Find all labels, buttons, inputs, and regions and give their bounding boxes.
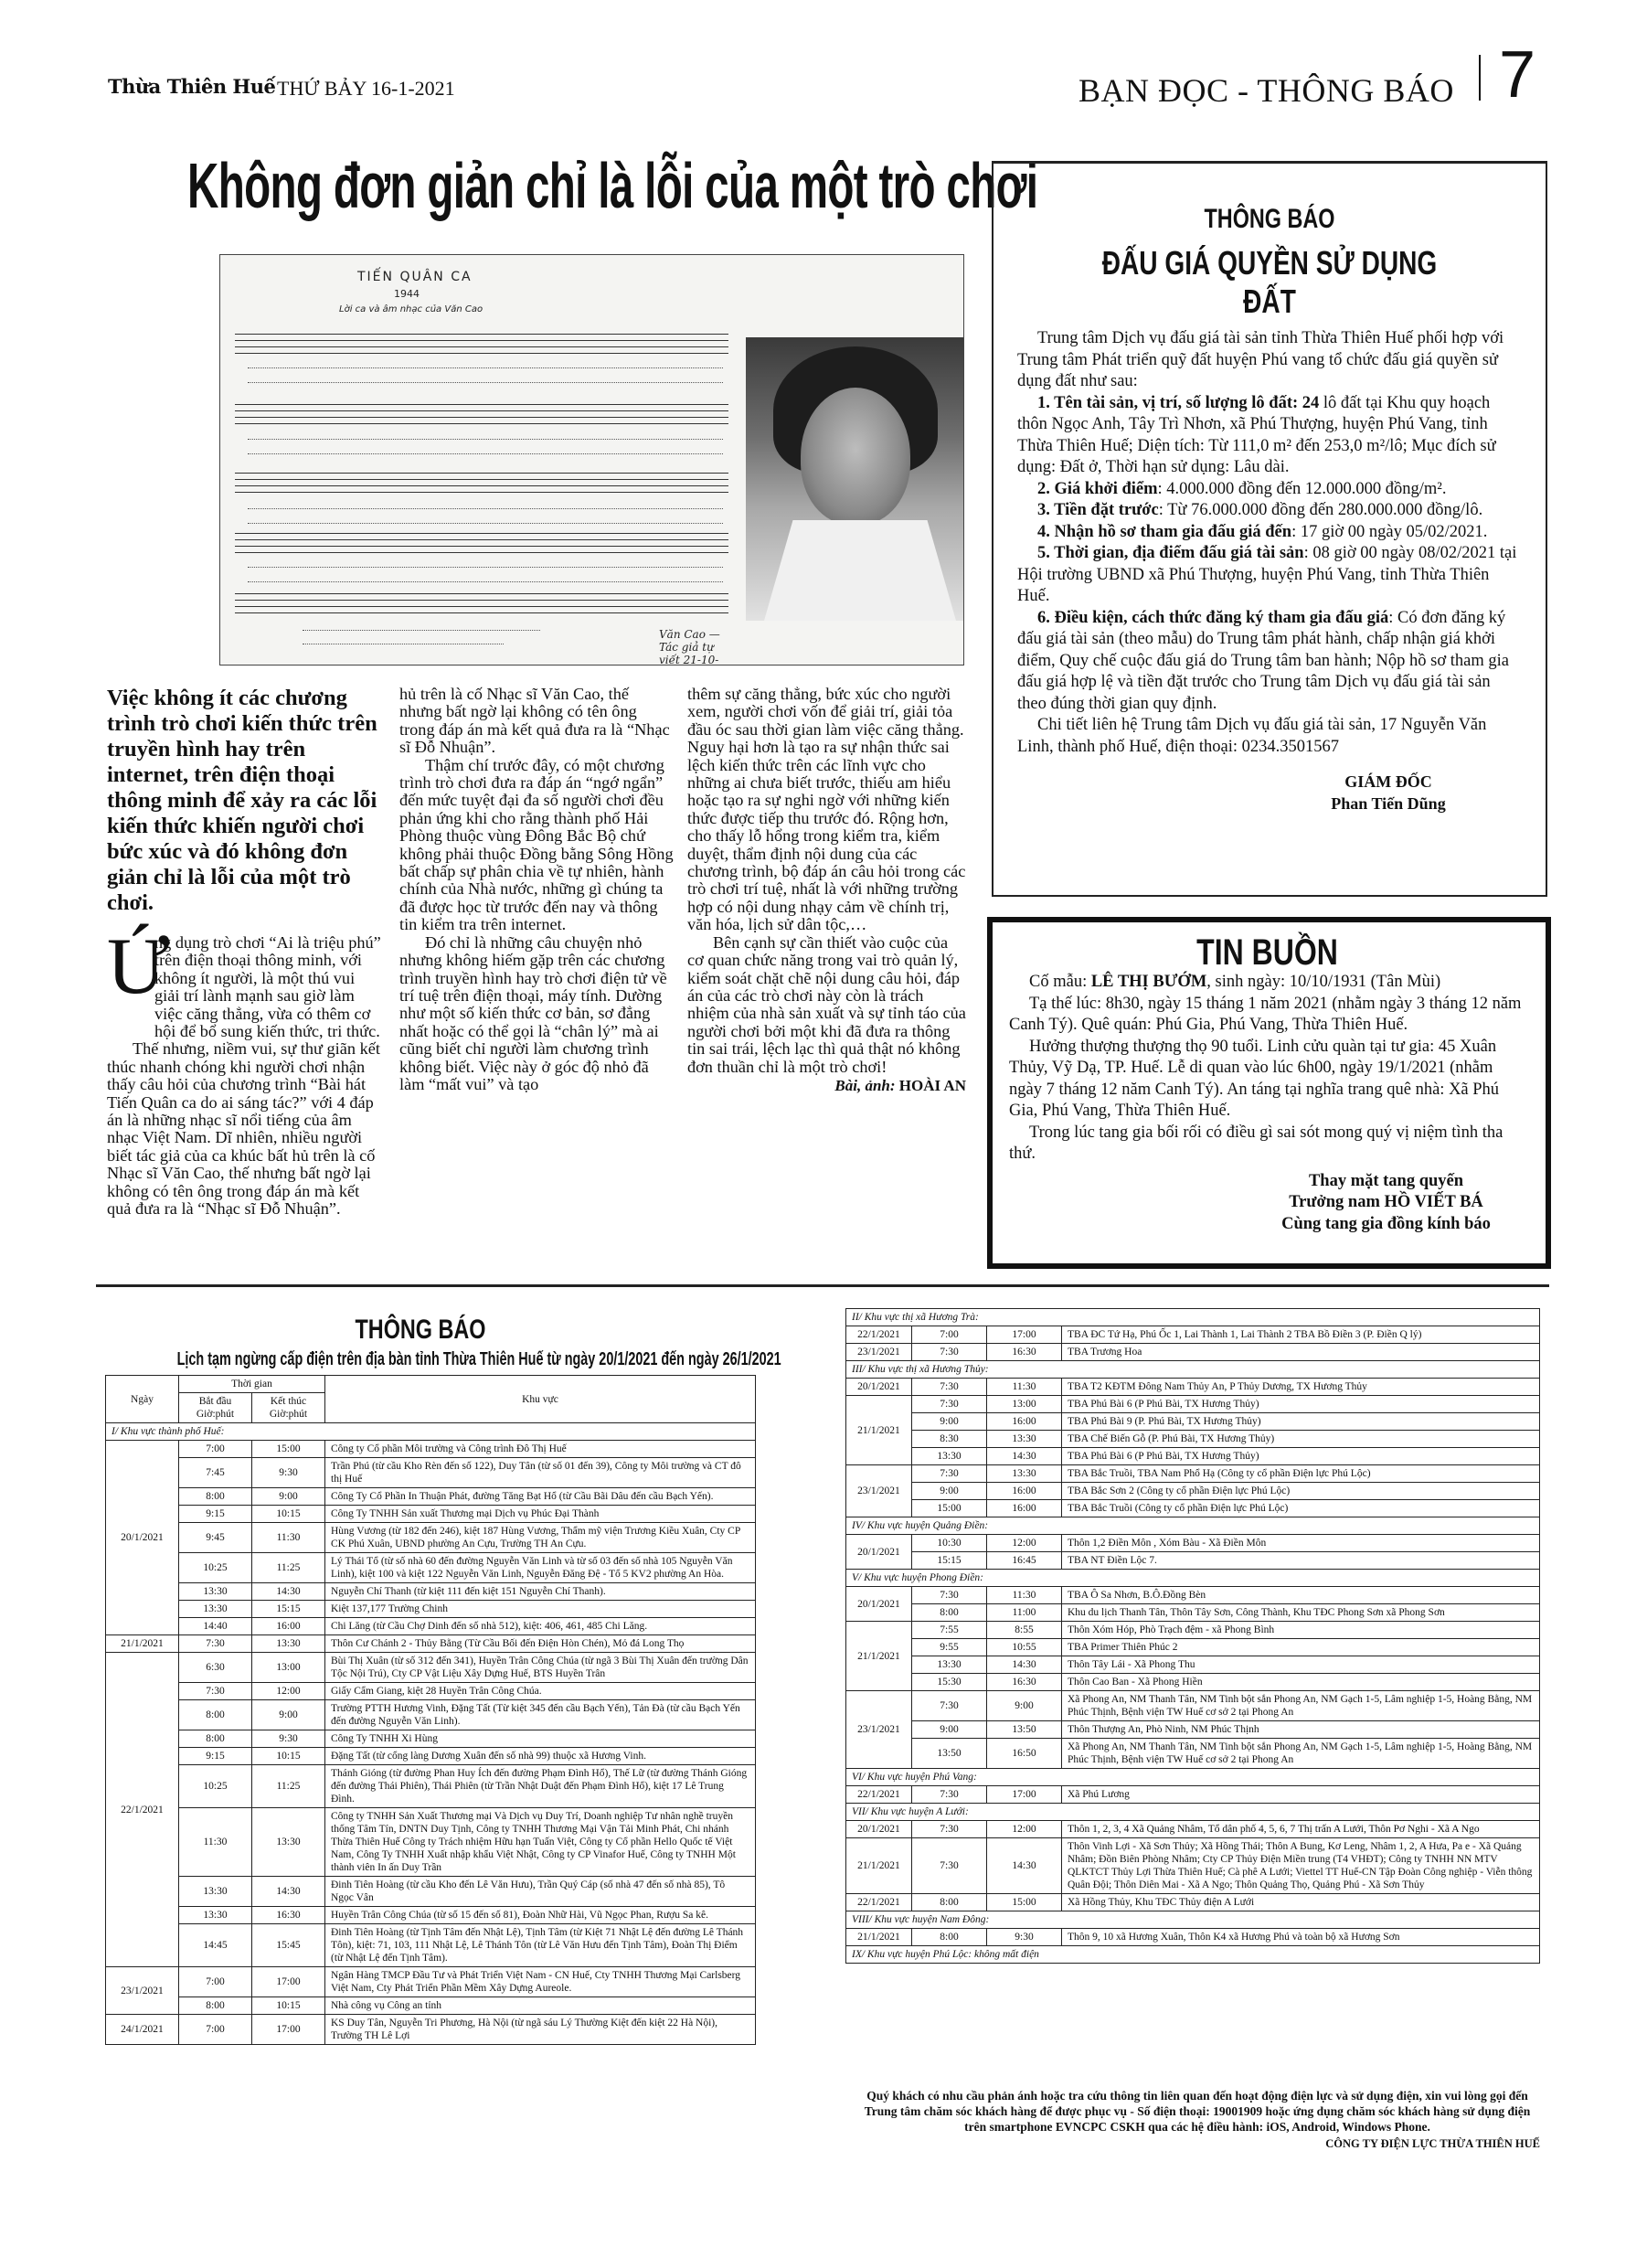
table-row: 15:3016:30Thôn Cao Ban - Xã Phong Hiền [846,1674,1540,1691]
section-row: IX/ Khu vực huyện Phú Lộc: không mất điệ… [846,1946,1540,1964]
area-cell: Công Ty TNHH Sản xuất Thương mại Dịch vụ… [325,1506,756,1523]
lyric-line [303,623,540,631]
dropcap-letter: Ứ [107,934,147,1000]
notice-item: 5. Thời gian, địa điểm đấu giá tài sản: … [1017,543,1522,608]
table-row: 8:0011:00Khu du lịch Thanh Tân, Thôn Tây… [846,1604,1540,1622]
table-row: 8:3013:30TBA Chế Biến Gỗ (P. Phú Bài, TX… [846,1431,1540,1448]
end-time-cell: 11:00 [987,1604,1062,1622]
area-cell: Thôn Tây Lái - Xã Phong Thu [1062,1656,1540,1674]
end-time-cell: 12:00 [252,1683,325,1700]
start-time-cell: 9:00 [912,1483,987,1500]
date-cell: 22/1/2021 [106,1653,179,1967]
area-cell: Trần Phú (từ cầu Kho Rèn đến số 122), Du… [325,1458,756,1488]
area-cell: Công ty TNHH Sản Xuất Thương mại Và Dịch… [325,1808,756,1877]
section-heading: II/ Khu vực thị xã Hương Trà: [846,1309,1540,1326]
composer-portrait [746,337,964,621]
area-cell: Thôn Vinh Lợi - Xã Sơn Thủy; Xã Hồng Thá… [1062,1838,1540,1894]
table-row: 7:459:30Trần Phú (từ cầu Kho Rèn đến số … [106,1458,756,1488]
section-heading: VII/ Khu vực huyện A Lưới: [846,1804,1540,1821]
area-cell: Giấy Cẩm Giang, kiệt 28 Huyền Trân Công … [325,1683,756,1700]
paragraph: Thế nhưng, niềm vui, sự thư giãn kết thú… [107,1040,381,1223]
end-time-cell: 17:00 [987,1786,1062,1804]
obituary-title: TIN BUỒN [1061,935,1474,970]
col-start: Bắt đầu Giờ:phút [179,1393,252,1423]
item-text: : 4.000.000 đồng đến 12.000.000 đồng/m². [1158,480,1447,498]
portrait-shirt [764,520,956,621]
deceased-name: LÊ THỊ BƯỚM [1091,973,1206,991]
table-row: 9:1510:15Công Ty TNHH Sản xuất Thương mạ… [106,1506,756,1523]
paragraph-continued: thêm sự căng thẳng, bức xúc cho người xe… [687,686,966,934]
start-time-cell: 8:00 [179,1700,252,1730]
area-cell: Lý Thái Tổ (từ số nhà 60 đến đường Nguyễ… [325,1553,756,1583]
date-cell: 22/1/2021 [846,1326,912,1344]
date-cell: 20/1/2021 [106,1441,179,1635]
music-staff [235,473,728,493]
table-row: 13:3014:30TBA Phú Bài 6 (P Phú Bài, TX H… [846,1448,1540,1465]
section-heading: III/ Khu vực thị xã Hương Thủy: [846,1361,1540,1379]
table-row: 20/1/20217:0015:00Công ty Cổ phần Môi tr… [106,1441,756,1458]
issue-date: THỨ BẢY 16-1-2021 [277,77,455,101]
start-time-cell: 7:30 [912,1465,987,1483]
sheet-year: 1944 [394,288,420,300]
date-cell: 20/1/2021 [846,1587,912,1622]
col-end: Kết thúc Giờ:phút [252,1393,325,1423]
sign-line: Trưởng nam HỒ VIẾT BÁ [1247,1192,1525,1214]
table-row: 9:0013:50Thôn Thượng An, Phò Ninh, NM Ph… [846,1721,1540,1739]
lyric-line [303,637,504,644]
table-row: 20/1/20217:3011:30TBA T2 KĐTM Đông Nam T… [846,1379,1540,1396]
notice-body: Trung tâm Dịch vụ đấu giá tài sản tỉnh T… [1017,328,1522,758]
signer-name: Phan Tiến Dũng [1255,793,1522,815]
table-row: 21/1/20217:3013:00TBA Phú Bài 6 (P Phú B… [846,1396,1540,1413]
area-cell: Thôn 1, 2, 3, 4 Xã Quảng Nhâm, Tổ dân ph… [1062,1821,1540,1838]
outage-rows: I/ Khu vực thành phố Huế:20/1/20217:0015… [106,1423,756,2045]
date-cell: 21/1/2021 [846,1838,912,1894]
portrait-face [801,388,910,525]
area-cell: Thôn Cao Ban - Xã Phong Hiền [1062,1674,1540,1691]
lyric-line [248,376,723,383]
start-time-cell: 10:25 [179,1765,252,1808]
start-time-cell: 10:25 [179,1553,252,1583]
end-time-cell: 13:30 [987,1431,1062,1448]
section-row: VI/ Khu vực huyện Phú Vang: [846,1769,1540,1786]
start-time-cell: 8:00 [912,1929,987,1946]
outage-table-right: II/ Khu vực thị xã Hương Trà:22/1/20217:… [845,1308,1540,1964]
start-time-cell: 13:30 [912,1448,987,1465]
area-cell: TBA Chế Biến Gỗ (P. Phú Bài, TX Hương Th… [1062,1431,1540,1448]
notice-item: 1. Tên tài sản, vị trí, số lượng lô đất:… [1017,393,1522,479]
start-time-cell: 7:30 [912,1379,987,1396]
end-time-cell: 13:30 [987,1465,1062,1483]
start-time-cell: 8:00 [912,1604,987,1622]
table-row: 13:3014:30Đinh Tiên Hoàng (từ cầu Kho đế… [106,1877,756,1907]
end-time-cell: 8:55 [987,1622,1062,1639]
obituary-body: Cố mẫu: LÊ THỊ BƯỚM, sinh ngày: 10/10/19… [1009,972,1525,1166]
end-time-cell: 17:00 [252,2015,325,2045]
area-cell: TBA Phú Bài 6 (P Phú Bài, TX Hương Thủy) [1062,1448,1540,1465]
item-label: 4. Nhận hồ sơ tham gia đấu giá đến [1037,523,1291,541]
outage-table-left: Ngày Thời gian Khu vực Bắt đầu Giờ:phút … [105,1375,756,2045]
area-cell: Thôn Cư Chánh 2 - Thủy Bằng (Từ Cầu Bối … [325,1635,756,1653]
area-cell: Thôn Thượng An, Phò Ninh, NM Phúc Thịnh [1062,1721,1540,1739]
music-staff [235,334,728,354]
section-heading: IV/ Khu vực huyện Quảng Điền: [846,1517,1540,1535]
end-time-cell: 10:15 [252,1748,325,1765]
area-cell: TBA Phú Bài 9 (P. Phú Bài, TX Hương Thủy… [1062,1413,1540,1431]
start-time-cell: 15:30 [912,1674,987,1691]
area-cell: Huyền Trân Công Chúa (từ số 15 đến số 81… [325,1907,756,1924]
date-cell: 23/1/2021 [846,1465,912,1517]
end-time-cell: 9:30 [252,1458,325,1488]
end-time-cell: 13:00 [987,1396,1062,1413]
table-row: 15:0016:00TBA Bắc Truồi (Công ty cổ phần… [846,1500,1540,1517]
start-time-cell: 7:30 [912,1838,987,1894]
area-cell: Xã Phú Lương [1062,1786,1540,1804]
start-time-cell: 8:00 [912,1894,987,1911]
end-time-cell: 11:30 [252,1523,325,1553]
table-row: 9:1510:15Đặng Tất (từ cổng làng Dương Xu… [106,1748,756,1765]
table-row: 20/1/20217:3011:30TBA Ô Sa Nhơn, B.Ô.Đồn… [846,1587,1540,1604]
date-cell: 20/1/2021 [846,1535,912,1570]
area-cell: Chi Lăng (từ Cầu Chợ Dinh đến số nhà 512… [325,1618,756,1635]
name-prefix: Cố mẫu: [1029,973,1091,991]
end-time-cell: 10:15 [252,1506,325,1523]
section-row: IV/ Khu vực huyện Quảng Điền: [846,1517,1540,1535]
end-time-cell: 11:25 [252,1553,325,1583]
area-cell: Ngân Hàng TMCP Đầu Tư và Phát Triển Việt… [325,1967,756,1997]
area-cell: Đinh Tiên Hoàng (từ cầu Kho đến Lê Văn H… [325,1877,756,1907]
table-row: 11:3013:30Công ty TNHH Sản Xuất Thương m… [106,1808,756,1877]
section-heading: IX/ Khu vực huyện Phú Lộc: không mất điệ… [846,1946,1540,1964]
start-time-cell: 9:45 [179,1523,252,1553]
music-staff [235,593,728,613]
item-label: 3. Tiền đặt trước [1037,501,1159,519]
date-cell: 21/1/2021 [846,1929,912,1946]
sheet-title: TIẾN QUÂN CA [357,270,473,284]
lyric-line [248,502,723,509]
area-cell: TBA Bắc Truồi, TBA Nam Phổ Hạ (Công ty c… [1062,1465,1540,1483]
start-time-cell: 9:15 [179,1506,252,1523]
area-cell: Thánh Gióng (từ đường Phan Huy Ích đến đ… [325,1765,756,1808]
section-heading: V/ Khu vực huyện Phong Điền: [846,1570,1540,1587]
item-label: 6. Điều kiện, cách thức đăng ký tham gia… [1037,609,1388,627]
notice-intro: Trung tâm Dịch vụ đấu giá tài sản tỉnh T… [1017,328,1522,393]
section-row: I/ Khu vực thành phố Huế: [106,1423,756,1441]
area-cell: Thôn 1,2 Điền Môn , Xóm Bàu - Xã Điền Mô… [1062,1535,1540,1552]
item-label: 2. Giá khởi điểm [1037,480,1158,498]
notice-item: 6. Điều kiện, cách thức đăng ký tham gia… [1017,608,1522,716]
outage-company: CÔNG TY ĐIỆN LỰC THỪA THIÊN HUẾ [855,2137,1540,2151]
end-time-cell: 11:25 [252,1765,325,1808]
music-staff [235,533,728,553]
article-column-2: hủ trên là cố Nhạc sĩ Văn Cao, thế nhưng… [399,686,674,1093]
table-row: 13:3016:30Huyền Trân Công Chúa (từ số 15… [106,1907,756,1924]
lyric-line [248,361,723,368]
start-time-cell: 15:15 [912,1552,987,1570]
sign-line: Thay mặt tang quyến [1247,1171,1525,1193]
byline: Bài, ảnh: HOÀI AN [687,1077,966,1094]
outage-rows: II/ Khu vực thị xã Hương Trà:22/1/20217:… [846,1309,1540,1964]
start-time-cell: 7:30 [912,1821,987,1838]
notice-contact: Chi tiết liên hệ Trung tâm Dịch vụ đấu g… [1017,715,1522,758]
obituary-name-line: Cố mẫu: LÊ THỊ BƯỚM, sinh ngày: 10/10/19… [1009,972,1525,994]
item-label: 5. Thời gian, địa điểm đấu giá tài sản [1037,544,1304,562]
page-number: 7 [1499,42,1535,108]
start-time-cell: 7:45 [179,1458,252,1488]
end-time-cell: 15:15 [252,1601,325,1618]
end-time-cell: 16:45 [987,1552,1062,1570]
start-time-cell: 13:30 [912,1656,987,1674]
start-time-cell: 7:30 [179,1635,252,1653]
item-text: : 17 giờ 00 ngày 05/02/2021. [1291,523,1487,541]
table-row: 8:009:00Công Ty Cổ Phần In Thuận Phát, đ… [106,1488,756,1506]
start-time-cell: 8:00 [179,1730,252,1748]
start-time-cell: 8:00 [179,1997,252,2015]
table-row: 23/1/20217:0017:00Ngân Hàng TMCP Đầu Tư … [106,1967,756,1997]
notice-signature: GIÁM ĐỐC Phan Tiến Dũng [1255,771,1522,815]
table-row: 13:3014:30Thôn Tây Lái - Xã Phong Thu [846,1656,1540,1674]
date-cell: 21/1/2021 [846,1622,912,1691]
date-cell: 24/1/2021 [106,2015,179,2045]
end-time-cell: 11:30 [987,1587,1062,1604]
section-divider [96,1284,1549,1287]
end-time-cell: 12:00 [987,1535,1062,1552]
start-time-cell: 13:30 [179,1907,252,1924]
table-row: 23/1/20217:3016:30TBA Trương Hoa [846,1344,1540,1361]
section-row: III/ Khu vực thị xã Hương Thủy: [846,1361,1540,1379]
area-cell: Công Ty Cổ Phần In Thuận Phát, đường Tăn… [325,1488,756,1506]
article-title: Không đơn giản chỉ là lỗi của một trò ch… [187,154,722,218]
end-time-cell: 16:30 [987,1344,1062,1361]
table-row: 21/1/20217:558:55Thôn Xóm Hóp, Phò Trạch… [846,1622,1540,1639]
sheet-subtitle: Lời ca và âm nhạc của Văn Cao [339,304,483,314]
area-cell: TBA T2 KĐTM Đông Nam Thủy An, P Thủy Dươ… [1062,1379,1540,1396]
area-cell: Nhà công vụ Công an tỉnh [325,1997,756,2015]
table-row: 8:009:30Công Ty TNHH Xi Hùng [106,1730,756,1748]
end-time-cell: 12:00 [987,1821,1062,1838]
sign-line: Cùng tang gia đồng kính báo [1247,1214,1525,1236]
start-time-cell: 9:00 [912,1413,987,1431]
table-row: 23/1/20217:309:00Xã Phong An, NM Thanh T… [846,1691,1540,1721]
area-cell: Công Ty TNHH Xi Hùng [325,1730,756,1748]
header-divider [1479,55,1481,101]
area-cell: Xã Phong An, NM Thanh Tân, NM Tinh bột s… [1062,1739,1540,1769]
table-row: 13:5016:50Xã Phong An, NM Thanh Tân, NM … [846,1739,1540,1769]
end-time-cell: 16:30 [252,1907,325,1924]
end-time-cell: 16:00 [987,1500,1062,1517]
table-row: 22/1/20217:3017:00Xã Phú Lương [846,1786,1540,1804]
area-cell: Đinh Tiên Hoàng (từ Tịnh Tâm đến Nhật Lệ… [325,1924,756,1967]
start-time-cell: 9:15 [179,1748,252,1765]
start-time-cell: 7:30 [179,1683,252,1700]
start-time-cell: 7:55 [912,1622,987,1639]
start-time-cell: 14:45 [179,1924,252,1967]
section-row: VIII/ Khu vực huyện Nam Đông: [846,1911,1540,1929]
date-cell: 23/1/2021 [106,1967,179,2015]
area-cell: Trường PTTH Hương Vinh, Đặng Tất (Từ kiệ… [325,1700,756,1730]
end-time-cell: 10:55 [987,1639,1062,1656]
area-cell: Thôn 9, 10 xã Hương Xuân, Thôn K4 xã Hươ… [1062,1929,1540,1946]
end-time-cell: 9:00 [252,1488,325,1506]
area-cell: Xã Phong An, NM Thanh Tân, NM Tinh bột s… [1062,1691,1540,1721]
lyric-line [248,560,723,568]
area-cell: Nguyễn Chí Thanh (từ kiệt 111 đến kiệt 1… [325,1583,756,1601]
item-label: 1. Tên tài sản, vị trí, số lượng lô đất:… [1037,394,1319,412]
start-time-cell: 13:30 [179,1583,252,1601]
col-time: Thời gian [179,1376,325,1393]
area-cell: TBA Trương Hoa [1062,1344,1540,1361]
table-row: 14:4515:45Đinh Tiên Hoàng (từ Tịnh Tâm đ… [106,1924,756,1967]
end-time-cell: 16:50 [987,1739,1062,1769]
start-time-cell: 15:00 [912,1500,987,1517]
end-time-cell: 11:30 [987,1379,1062,1396]
table-row: 7:3012:00Giấy Cẩm Giang, kiệt 28 Huyền T… [106,1683,756,1700]
start-time-cell: 7:30 [912,1786,987,1804]
dropcap-paragraph: Ứ ng dụng trò chơi “Ai là triệu phú” trê… [107,934,381,1040]
obituary-signature: Thay mặt tang quyến Trưởng nam HỒ VIẾT B… [1247,1171,1525,1236]
table-row: 9:5510:55TBA Primer Thiên Phúc 2 [846,1639,1540,1656]
table-row: 8:0010:15Nhà công vụ Công an tỉnh [106,1997,756,2015]
start-time-cell: 6:30 [179,1653,252,1683]
start-time-cell: 7:30 [912,1344,987,1361]
birth-info: , sinh ngày: 10/10/1931 (Tân Mùi) [1206,973,1440,991]
start-time-cell: 7:00 [179,1967,252,1997]
auction-notice: THÔNG BÁO ĐẤU GIÁ QUYỀN SỬ DỤNG ĐẤT Trun… [992,161,1547,897]
table-row: 14:4016:00Chi Lăng (từ Cầu Chợ Dinh đến … [106,1618,756,1635]
table-row: 9:4511:30Hùng Vương (từ 182 đến 246), ki… [106,1523,756,1553]
date-cell: 23/1/2021 [846,1344,912,1361]
article-column-3: thêm sự căng thẳng, bức xúc cho người xe… [687,686,966,1094]
end-time-cell: 10:15 [252,1997,325,2015]
date-cell: 22/1/2021 [846,1786,912,1804]
paragraph-continued: hủ trên là cố Nhạc sĩ Văn Cao, thế nhưng… [399,686,674,757]
table-row: 13:3014:30Nguyễn Chí Thanh (từ kiệt 111 … [106,1583,756,1601]
notice-item: 4. Nhận hồ sơ tham gia đấu giá đến: 17 g… [1017,522,1522,544]
table-row: 22/1/20217:0017:00TBA ĐC Tứ Hạ, Phú Ốc 1… [846,1326,1540,1344]
lyric-line [248,432,723,440]
section-row: VII/ Khu vực huyện A Lưới: [846,1804,1540,1821]
table-row: 22/1/20218:0015:00Xã Hồng Thủy, Khu TĐC … [846,1894,1540,1911]
area-cell: TBA ĐC Tứ Hạ, Phú Ốc 1, Lai Thành 1, Lai… [1062,1326,1540,1344]
section-heading: VIII/ Khu vực huyện Nam Đông: [846,1911,1540,1929]
end-time-cell: 13:50 [987,1721,1062,1739]
byline-author: HOÀI AN [899,1077,966,1094]
end-time-cell: 14:30 [987,1448,1062,1465]
date-cell: 21/1/2021 [846,1396,912,1465]
paragraph: Bên cạnh sự cần thiết vào cuộc của cơ qu… [687,934,966,1076]
end-time-cell: 15:45 [252,1924,325,1967]
end-time-cell: 14:30 [252,1583,325,1601]
paragraph: ng dụng trò chơi “Ai là triệu phú” trên … [154,934,381,1040]
start-time-cell: 9:55 [912,1639,987,1656]
area-cell: TBA Ô Sa Nhơn, B.Ô.Đồng Bèn [1062,1587,1540,1604]
date-cell: 21/1/2021 [106,1635,179,1653]
area-cell: Xã Hồng Thủy, Khu TĐC Thủy điện A Lưới [1062,1894,1540,1911]
signer-title: GIÁM ĐỐC [1255,771,1522,793]
area-cell: Thôn Xóm Hóp, Phò Trạch đệm - xã Phong B… [1062,1622,1540,1639]
area-cell: TBA NT Điền Lộc 7. [1062,1552,1540,1570]
table-row: 23/1/20217:3013:30TBA Bắc Truồi, TBA Nam… [846,1465,1540,1483]
notice-subtitle: ĐẤU GIÁ QUYỀN SỬ DỤNG ĐẤT [1073,244,1467,321]
table-row: 24/1/20217:0017:00KS Duy Tân, Nguyễn Tri… [106,2015,756,2045]
end-time-cell: 16:00 [252,1618,325,1635]
col-date: Ngày [106,1376,179,1423]
end-time-cell: 14:30 [987,1656,1062,1674]
notice-title: THÔNG BÁO [1073,198,1467,240]
composer-signature: Văn Cao — Tác giả tự viết 21-10-96 [659,628,728,665]
end-time-cell: 13:30 [252,1635,325,1653]
item-text: : Từ 76.000.000 đồng đến 280.000.000 đồn… [1159,501,1483,519]
start-time-cell: 7:00 [179,2015,252,2045]
end-time-cell: 14:30 [987,1838,1062,1894]
start-time-cell: 7:00 [179,1441,252,1458]
newspaper-name: Thừa Thiên Huế [108,75,275,98]
music-staff [235,404,728,424]
area-cell: Bùi Thị Xuân (từ số 312 đến 341), Huyền … [325,1653,756,1683]
start-time-cell: 10:30 [912,1535,987,1552]
end-time-cell: 9:30 [987,1929,1062,1946]
paragraph: Tạ thế lúc: 8h30, ngày 15 tháng 1 năm 20… [1009,994,1525,1037]
table-row: 15:1516:45TBA NT Điền Lộc 7. [846,1552,1540,1570]
paragraph: Thậm chí trước đây, có một chương trình … [399,757,674,934]
table-row: 10:2511:25Thánh Gióng (từ đường Phan Huy… [106,1765,756,1808]
outage-footer: Quý khách có nhu cầu phản ánh hoặc tra c… [855,2088,1540,2135]
start-time-cell: 14:40 [179,1618,252,1635]
end-time-cell: 17:00 [987,1326,1062,1344]
table-row: 9:0016:00TBA Bắc Sơn 2 (Công ty cổ phần … [846,1483,1540,1500]
start-time-cell: 11:30 [179,1808,252,1877]
lyric-line [248,575,723,582]
end-time-cell: 15:00 [987,1894,1062,1911]
article-lead: Việc không ít các chương trình trò chơi … [107,686,381,916]
article-photo: TIẾN QUÂN CA 1944 Lời ca và âm nhạc của … [219,254,964,665]
table-row: 13:3015:15Kiệt 137,177 Trường Chinh [106,1601,756,1618]
date-cell: 23/1/2021 [846,1691,912,1769]
sheet-music-image: TIẾN QUÂN CA 1944 Lời ca và âm nhạc của … [229,262,728,657]
table-row: 20/1/20217:3012:00Thôn 1, 2, 3, 4 Xã Quả… [846,1821,1540,1838]
outage-title: THÔNG BÁO [164,1315,677,1346]
area-cell: Công ty Cổ phần Môi trường và Công trình… [325,1441,756,1458]
area-cell: TBA Phú Bài 6 (P Phú Bài, TX Hương Thủy) [1062,1396,1540,1413]
start-time-cell: 9:00 [912,1721,987,1739]
date-cell: 20/1/2021 [846,1379,912,1396]
area-cell: TBA Bắc Truồi (Công ty cổ phần Điện lực … [1062,1500,1540,1517]
end-time-cell: 16:30 [987,1674,1062,1691]
table-row: 21/1/20217:3013:30Thôn Cư Chánh 2 - Thủy… [106,1635,756,1653]
table-row: 10:2511:25Lý Thái Tổ (từ số nhà 60 đến đ… [106,1553,756,1583]
end-time-cell: 16:00 [987,1413,1062,1431]
date-cell: 20/1/2021 [846,1821,912,1838]
byline-label: Bài, ảnh: [834,1077,895,1094]
section-title: BẠN ĐỌC - THÔNG BÁO [1079,71,1454,110]
section-row: V/ Khu vực huyện Phong Điền: [846,1570,1540,1587]
area-cell: KS Duy Tân, Nguyễn Tri Phương, Hà Nội (t… [325,2015,756,2045]
table-row: 21/1/20218:009:30Thôn 9, 10 xã Hương Xuâ… [846,1929,1540,1946]
end-time-cell: 13:00 [252,1653,325,1683]
table-row: 20/1/202110:3012:00Thôn 1,2 Điền Môn , X… [846,1535,1540,1552]
col-area: Khu vực [325,1376,756,1423]
table-row: 21/1/20217:3014:30Thôn Vinh Lợi - Xã Sơn… [846,1838,1540,1894]
notice-item: 2. Giá khởi điểm: 4.000.000 đồng đến 12.… [1017,479,1522,501]
end-time-cell: 17:00 [252,1967,325,1997]
section-row: II/ Khu vực thị xã Hương Trà: [846,1309,1540,1326]
lyric-line [248,516,723,524]
end-time-cell: 9:30 [252,1730,325,1748]
end-time-cell: 16:00 [987,1483,1062,1500]
end-time-cell: 13:30 [252,1808,325,1877]
area-cell: TBA Bắc Sơn 2 (Công ty cổ phần Điện lực … [1062,1483,1540,1500]
start-time-cell: 7:30 [912,1587,987,1604]
